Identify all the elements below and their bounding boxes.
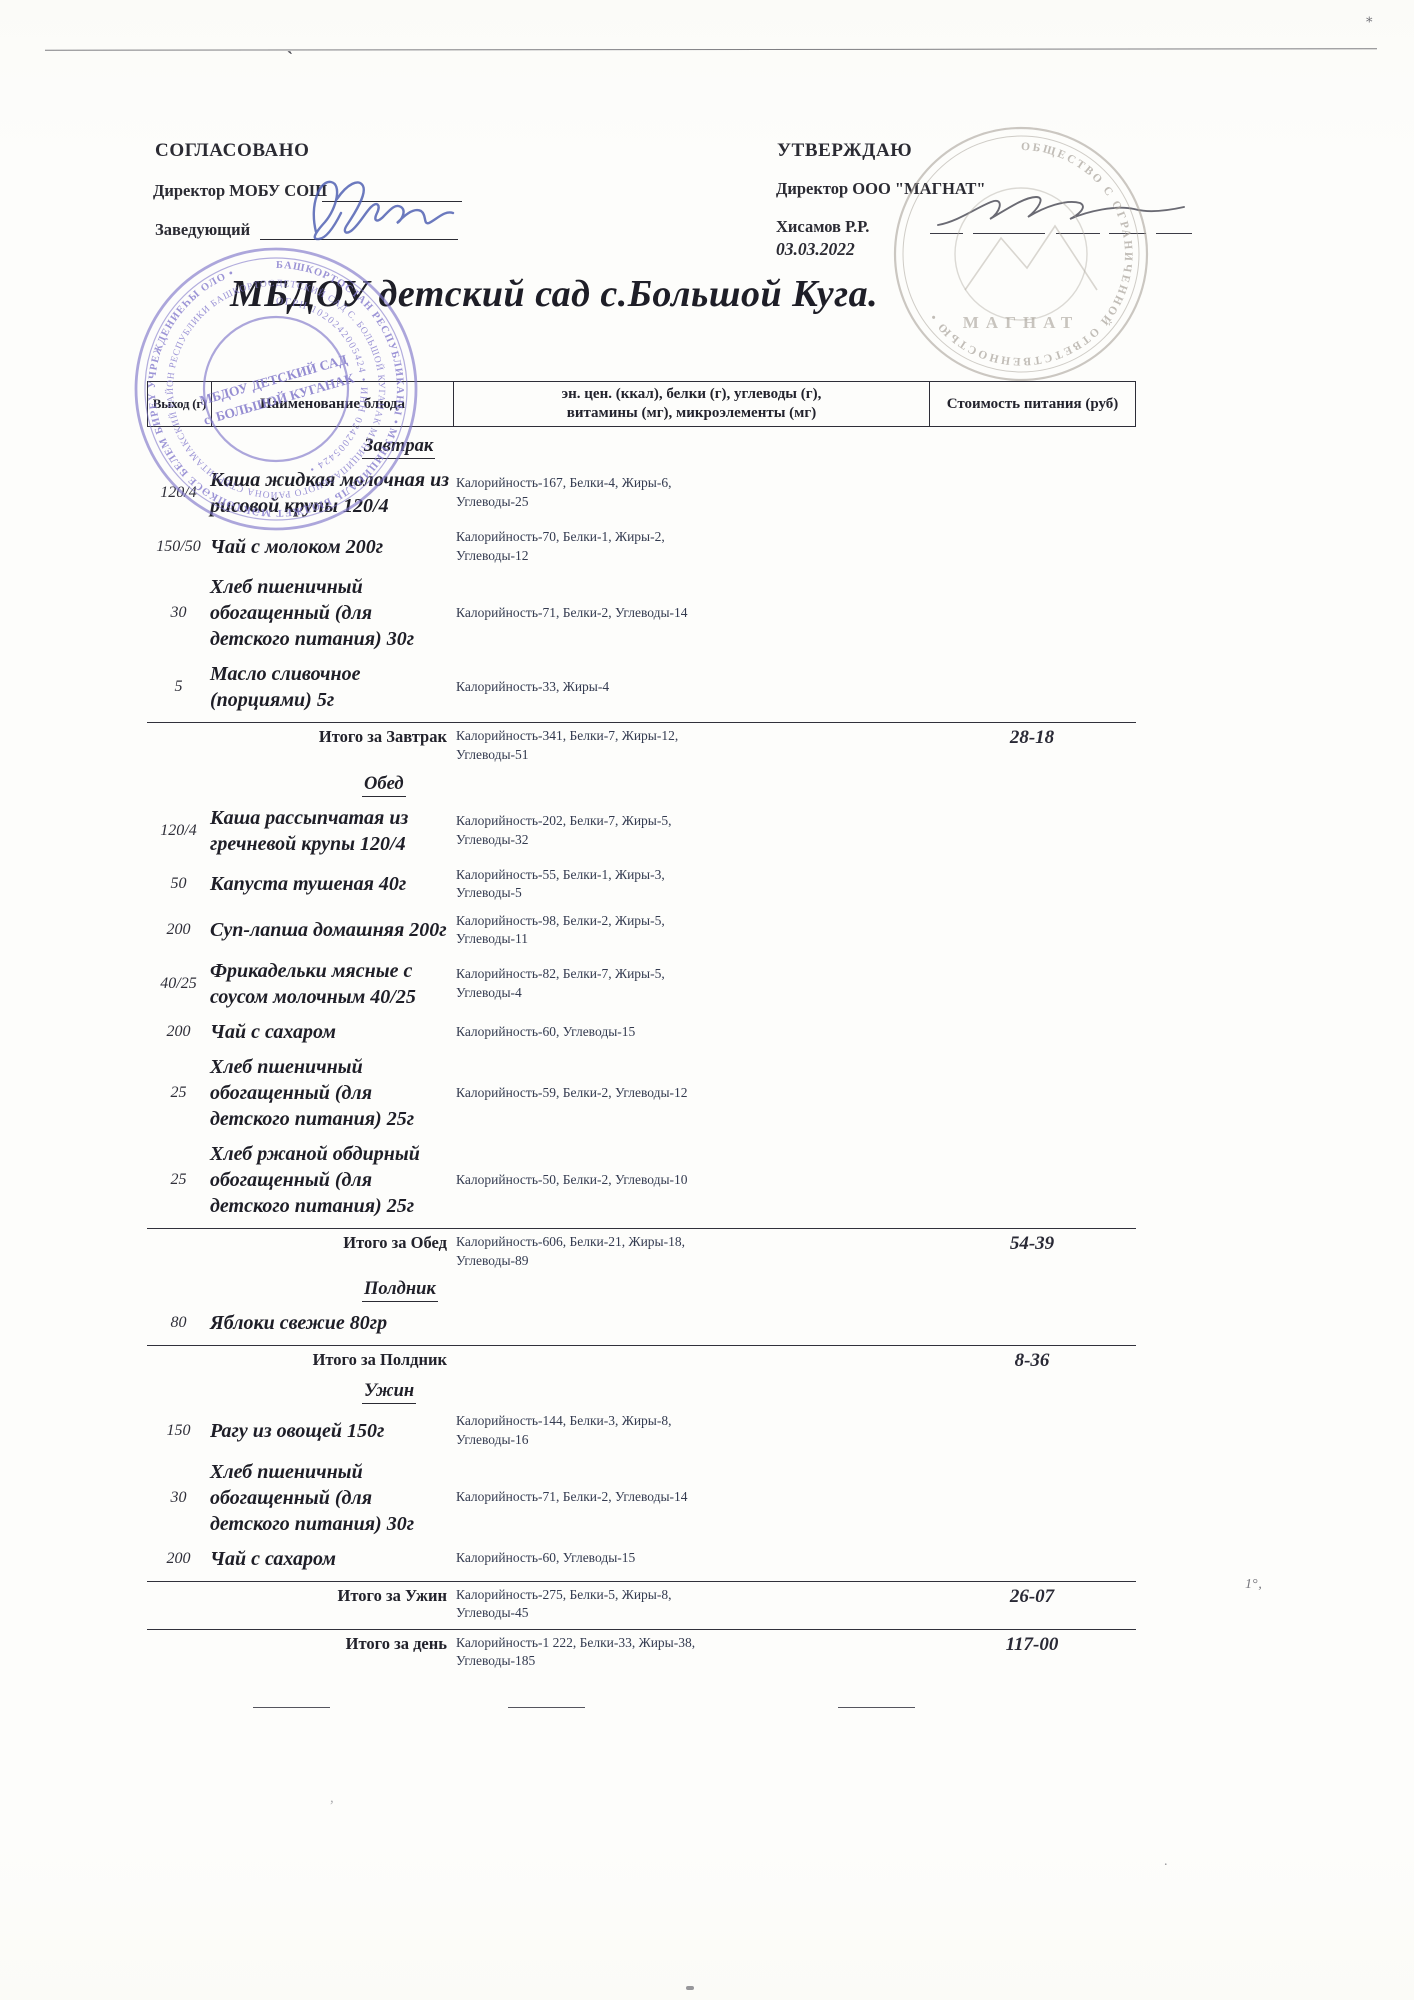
total-label: Итого за Ужин xyxy=(147,1586,452,1606)
director-name: Хисамов Р.Р. xyxy=(776,217,869,237)
dish-nutrition: Калорийность-98, Белки-2, Жиры-5, Углево… xyxy=(452,912,928,949)
dish-name: Чай с сахаром xyxy=(210,1019,452,1045)
approved-heading: СОГЛАСОВАНО xyxy=(155,140,310,162)
total-nutrition: Калорийность-341, Белки-7, Жиры-12, Угле… xyxy=(452,727,928,764)
dish-nutrition: Калорийность-82, Белки-7, Жиры-5, Углево… xyxy=(452,965,928,1002)
menu-table: Выход (г) Наименование блюда эн. цен. (к… xyxy=(147,381,1136,1677)
dish-name: Хлеб пшеничный обогащенный (для детского… xyxy=(210,574,452,652)
dish-qty: 30 xyxy=(147,604,210,622)
total-nutrition: Калорийность-275, Белки-5, Жиры-8, Углев… xyxy=(452,1586,928,1623)
scan-mark: . xyxy=(1164,1854,1168,1870)
bottom-rule xyxy=(253,1707,330,1708)
section-total-row: Итого за Полдник8-36 xyxy=(147,1345,1136,1372)
dish-nutrition: Калорийность-60, Углеводы-15 xyxy=(452,1023,928,1042)
scan-mark: ⁎ xyxy=(1366,10,1373,26)
dish-qty: 30 xyxy=(147,1489,210,1507)
dish-nutrition: Калорийность-33, Жиры-4 xyxy=(452,678,928,697)
total-cost: 8-36 xyxy=(928,1350,1136,1372)
dish-name: Хлеб пшеничный обогащенный (для детского… xyxy=(210,1459,452,1537)
col-header-dish: Наименование блюда xyxy=(211,382,453,426)
menu-row: 25Хлеб ржаной обдирный обогащенный (для … xyxy=(147,1141,1136,1219)
total-nutrition: Калорийность-1 222, Белки-33, Жиры-38, У… xyxy=(452,1634,928,1671)
utverzhdayu-heading: УТВЕРЖДАЮ xyxy=(777,140,912,162)
approval-date: 03.03.2022 xyxy=(776,239,855,260)
dish-qty: 50 xyxy=(147,875,210,893)
dish-name: Суп-лапша домашняя 200г xyxy=(210,917,452,943)
section-total-row: Итого за УжинКалорийность-275, Белки-5, … xyxy=(147,1581,1136,1623)
dish-name: Фрикадельки мясные с соусом молочным 40/… xyxy=(210,958,452,1010)
day-total-row: Итого за деньКалорийность-1 222, Белки-3… xyxy=(147,1629,1136,1671)
bottom-rule xyxy=(508,1707,585,1708)
dish-name: Рагу из овощей 150г xyxy=(210,1418,452,1444)
section-total-row: Итого за ЗавтракКалорийность-341, Белки-… xyxy=(147,722,1136,764)
page-title: МБДОУ детский сад с.Большой Куга. xyxy=(230,272,990,316)
dish-name: Хлеб ржаной обдирный обогащенный (для де… xyxy=(210,1141,452,1219)
menu-row: 40/25Фрикадельки мясные с соусом молочны… xyxy=(147,958,1136,1010)
total-label: Итого за Обед xyxy=(147,1233,452,1253)
dish-qty: 80 xyxy=(147,1314,210,1332)
dish-name: Каша жидкая молочная из рисовой крупы 12… xyxy=(210,467,452,519)
dish-qty: 150 xyxy=(147,1422,210,1440)
dish-name: Яблоки свежие 80гр xyxy=(210,1310,452,1336)
dish-nutrition: Калорийность-71, Белки-2, Углеводы-14 xyxy=(452,604,928,623)
menu-row: 5Масло сливочное (порциями) 5гКалорийнос… xyxy=(147,661,1136,713)
dish-qty: 150/50 xyxy=(147,538,210,556)
dish-name: Капуста тушеная 40г xyxy=(210,871,452,897)
dish-qty: 25 xyxy=(147,1084,210,1102)
section-title: Полдник xyxy=(362,1279,438,1302)
total-nutrition: Калорийность-606, Белки-21, Жиры-18, Угл… xyxy=(452,1233,928,1270)
total-label: Итого за Завтрак xyxy=(147,727,452,747)
dish-nutrition: Калорийность-59, Белки-2, Углеводы-12 xyxy=(452,1084,928,1103)
section-title: Обед xyxy=(362,774,406,797)
dish-qty: 200 xyxy=(147,1550,210,1568)
dish-qty: 5 xyxy=(147,678,210,696)
handwritten-signature-right xyxy=(920,183,1200,243)
menu-row: 80Яблоки свежие 80гр xyxy=(147,1310,1136,1336)
menu-row: 150/50Чай с молоком 200гКалорийность-70,… xyxy=(147,528,1136,565)
dish-qty: 120/4 xyxy=(147,484,210,502)
dish-qty: 200 xyxy=(147,1023,210,1041)
dish-name: Масло сливочное (порциями) 5г xyxy=(210,661,452,713)
section-title: Завтрак xyxy=(362,436,435,459)
dish-name: Чай с молоком 200г xyxy=(210,534,452,560)
dish-nutrition: Калорийность-70, Белки-1, Жиры-2, Углево… xyxy=(452,528,928,565)
menu-row: 150Рагу из овощей 150гКалорийность-144, … xyxy=(147,1412,1136,1449)
col-header-cost: Стоимость питания (руб) xyxy=(929,382,1135,426)
total-cost: 28-18 xyxy=(928,727,1136,749)
menu-row: 200Суп-лапша домашняя 200гКалорийность-9… xyxy=(147,912,1136,949)
scan-speck xyxy=(686,1986,694,1990)
dish-nutrition: Калорийность-50, Белки-2, Углеводы-10 xyxy=(452,1171,928,1190)
scanned-menu-document: { "title": "МБДОУ детский сад с.Большой … xyxy=(0,0,1414,2000)
scan-mark: 1°‚ xyxy=(1245,1577,1262,1593)
dish-nutrition: Калорийность-55, Белки-1, Жиры-3, Углево… xyxy=(452,866,928,903)
dish-name: Хлеб пшеничный обогащенный (для детского… xyxy=(210,1054,452,1132)
total-label: Итого за день xyxy=(147,1634,452,1654)
col-header-nutrition: эн. цен. (ккал), белки (г), углеводы (г)… xyxy=(453,382,929,426)
col-header-output: Выход (г) xyxy=(148,382,211,426)
menu-row: 120/4Каша жидкая молочная из рисовой кру… xyxy=(147,467,1136,519)
menu-row: 30Хлеб пшеничный обогащенный (для детско… xyxy=(147,1459,1136,1537)
total-cost: 26-07 xyxy=(928,1586,1136,1608)
dish-name: Каша рассыпчатая из гречневой крупы 120/… xyxy=(210,805,452,857)
dish-nutrition: Калорийность-71, Белки-2, Углеводы-14 xyxy=(452,1488,928,1507)
section-total-row: Итого за ОбедКалорийность-606, Белки-21,… xyxy=(147,1228,1136,1270)
scan-mark: , xyxy=(330,1790,334,1807)
dish-qty: 120/4 xyxy=(147,822,210,840)
total-cost: 117-00 xyxy=(928,1634,1136,1656)
menu-row: 25Хлеб пшеничный обогащенный (для детско… xyxy=(147,1054,1136,1132)
dish-qty: 25 xyxy=(147,1171,210,1189)
section-title: Ужин xyxy=(362,1381,416,1404)
approved-role-zaveduyushchiy: Заведующий xyxy=(155,220,250,240)
dish-nutrition: Калорийность-202, Белки-7, Жиры-5, Углев… xyxy=(452,812,928,849)
menu-row: 50Капуста тушеная 40гКалорийность-55, Бе… xyxy=(147,866,1136,903)
handwritten-signature-left xyxy=(300,168,475,252)
total-cost: 54-39 xyxy=(928,1233,1136,1255)
dish-nutrition: Калорийность-167, Белки-4, Жиры-6, Углев… xyxy=(452,474,928,511)
scan-mark: ` xyxy=(287,48,293,69)
menu-row: 120/4Каша рассыпчатая из гречневой крупы… xyxy=(147,805,1136,857)
dish-qty: 40/25 xyxy=(147,975,210,993)
bottom-rule xyxy=(838,1707,915,1708)
dish-nutrition: Калорийность-144, Белки-3, Жиры-8, Углев… xyxy=(452,1412,928,1449)
menu-row: 30Хлеб пшеничный обогащенный (для детско… xyxy=(147,574,1136,652)
table-header-row: Выход (г) Наименование блюда эн. цен. (к… xyxy=(147,381,1136,427)
dish-nutrition: Калорийность-60, Углеводы-15 xyxy=(452,1549,928,1568)
menu-row: 200Чай с сахаромКалорийность-60, Углевод… xyxy=(147,1019,1136,1045)
menu-sections: Завтрак120/4Каша жидкая молочная из рисо… xyxy=(147,436,1136,1671)
dish-name: Чай с сахаром xyxy=(210,1546,452,1572)
dish-qty: 200 xyxy=(147,921,210,939)
menu-row: 200Чай с сахаромКалорийность-60, Углевод… xyxy=(147,1546,1136,1572)
total-label: Итого за Полдник xyxy=(147,1350,452,1370)
